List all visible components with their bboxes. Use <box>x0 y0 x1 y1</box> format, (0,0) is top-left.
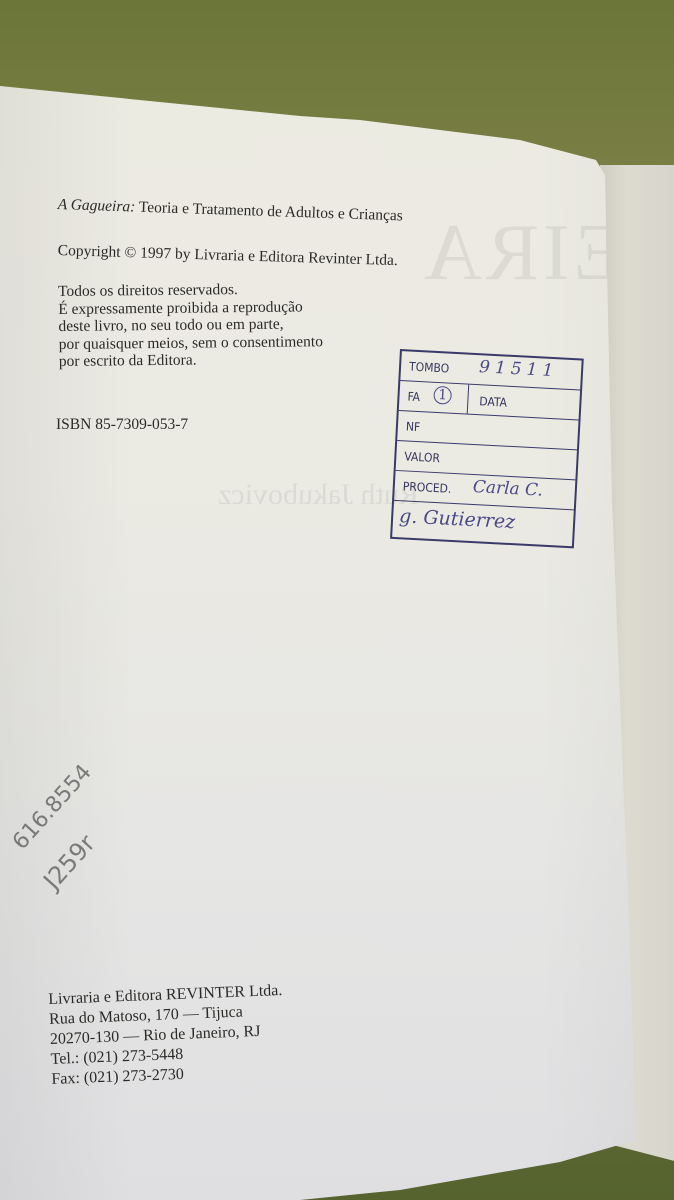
handwritten-name: g. Gutierrez <box>399 505 516 533</box>
copyright-line: Copyright © 1997 by Livraria e Editora R… <box>57 242 398 270</box>
valor-label: VALOR <box>404 449 440 465</box>
book-subtitle: Teoria e Tratamento de Adultos e Criança… <box>135 199 403 225</box>
fa-label: FA <box>407 389 420 404</box>
isbn: ISBN 85-7309-053-7 <box>56 416 188 434</box>
rights-line: por quaisquer meios, sem o consentimento <box>59 333 323 353</box>
stamp-divider <box>467 385 470 414</box>
library-stamp: TOMBO 91511 FA 1 DATA NF VALOR PROCED. C… <box>390 349 584 548</box>
tombo-value: 91511 <box>479 357 559 381</box>
tombo-label: TOMBO <box>409 360 450 376</box>
proced-value: Carla C. <box>472 477 543 501</box>
bleed-through-author: Ruth Jakubovicz <box>218 478 419 512</box>
proced-label: PROCED. <box>402 479 451 496</box>
data-label: DATA <box>479 394 507 409</box>
rights-notice: Todos os direitos reservados. É expressa… <box>58 280 323 370</box>
pencil-cutter-number: J259r <box>38 829 101 894</box>
publisher-address: Livraria e Editora REVINTER Ltda. Rua do… <box>48 981 286 1090</box>
rights-line: deste livro, no seu todo ou em parte, <box>58 315 322 335</box>
rights-line: por escrito da Editora. <box>59 350 323 370</box>
book-page: A GAGUEIRA Ruth Jakubovicz A Gagueira: T… <box>0 0 674 1200</box>
fa-value: 1 <box>433 386 452 405</box>
book-title-line: A Gagueira: Teoria e Tratamento de Adult… <box>57 196 403 225</box>
nf-label: NF <box>406 419 421 434</box>
book-title-italic: A Gagueira: <box>57 196 135 216</box>
